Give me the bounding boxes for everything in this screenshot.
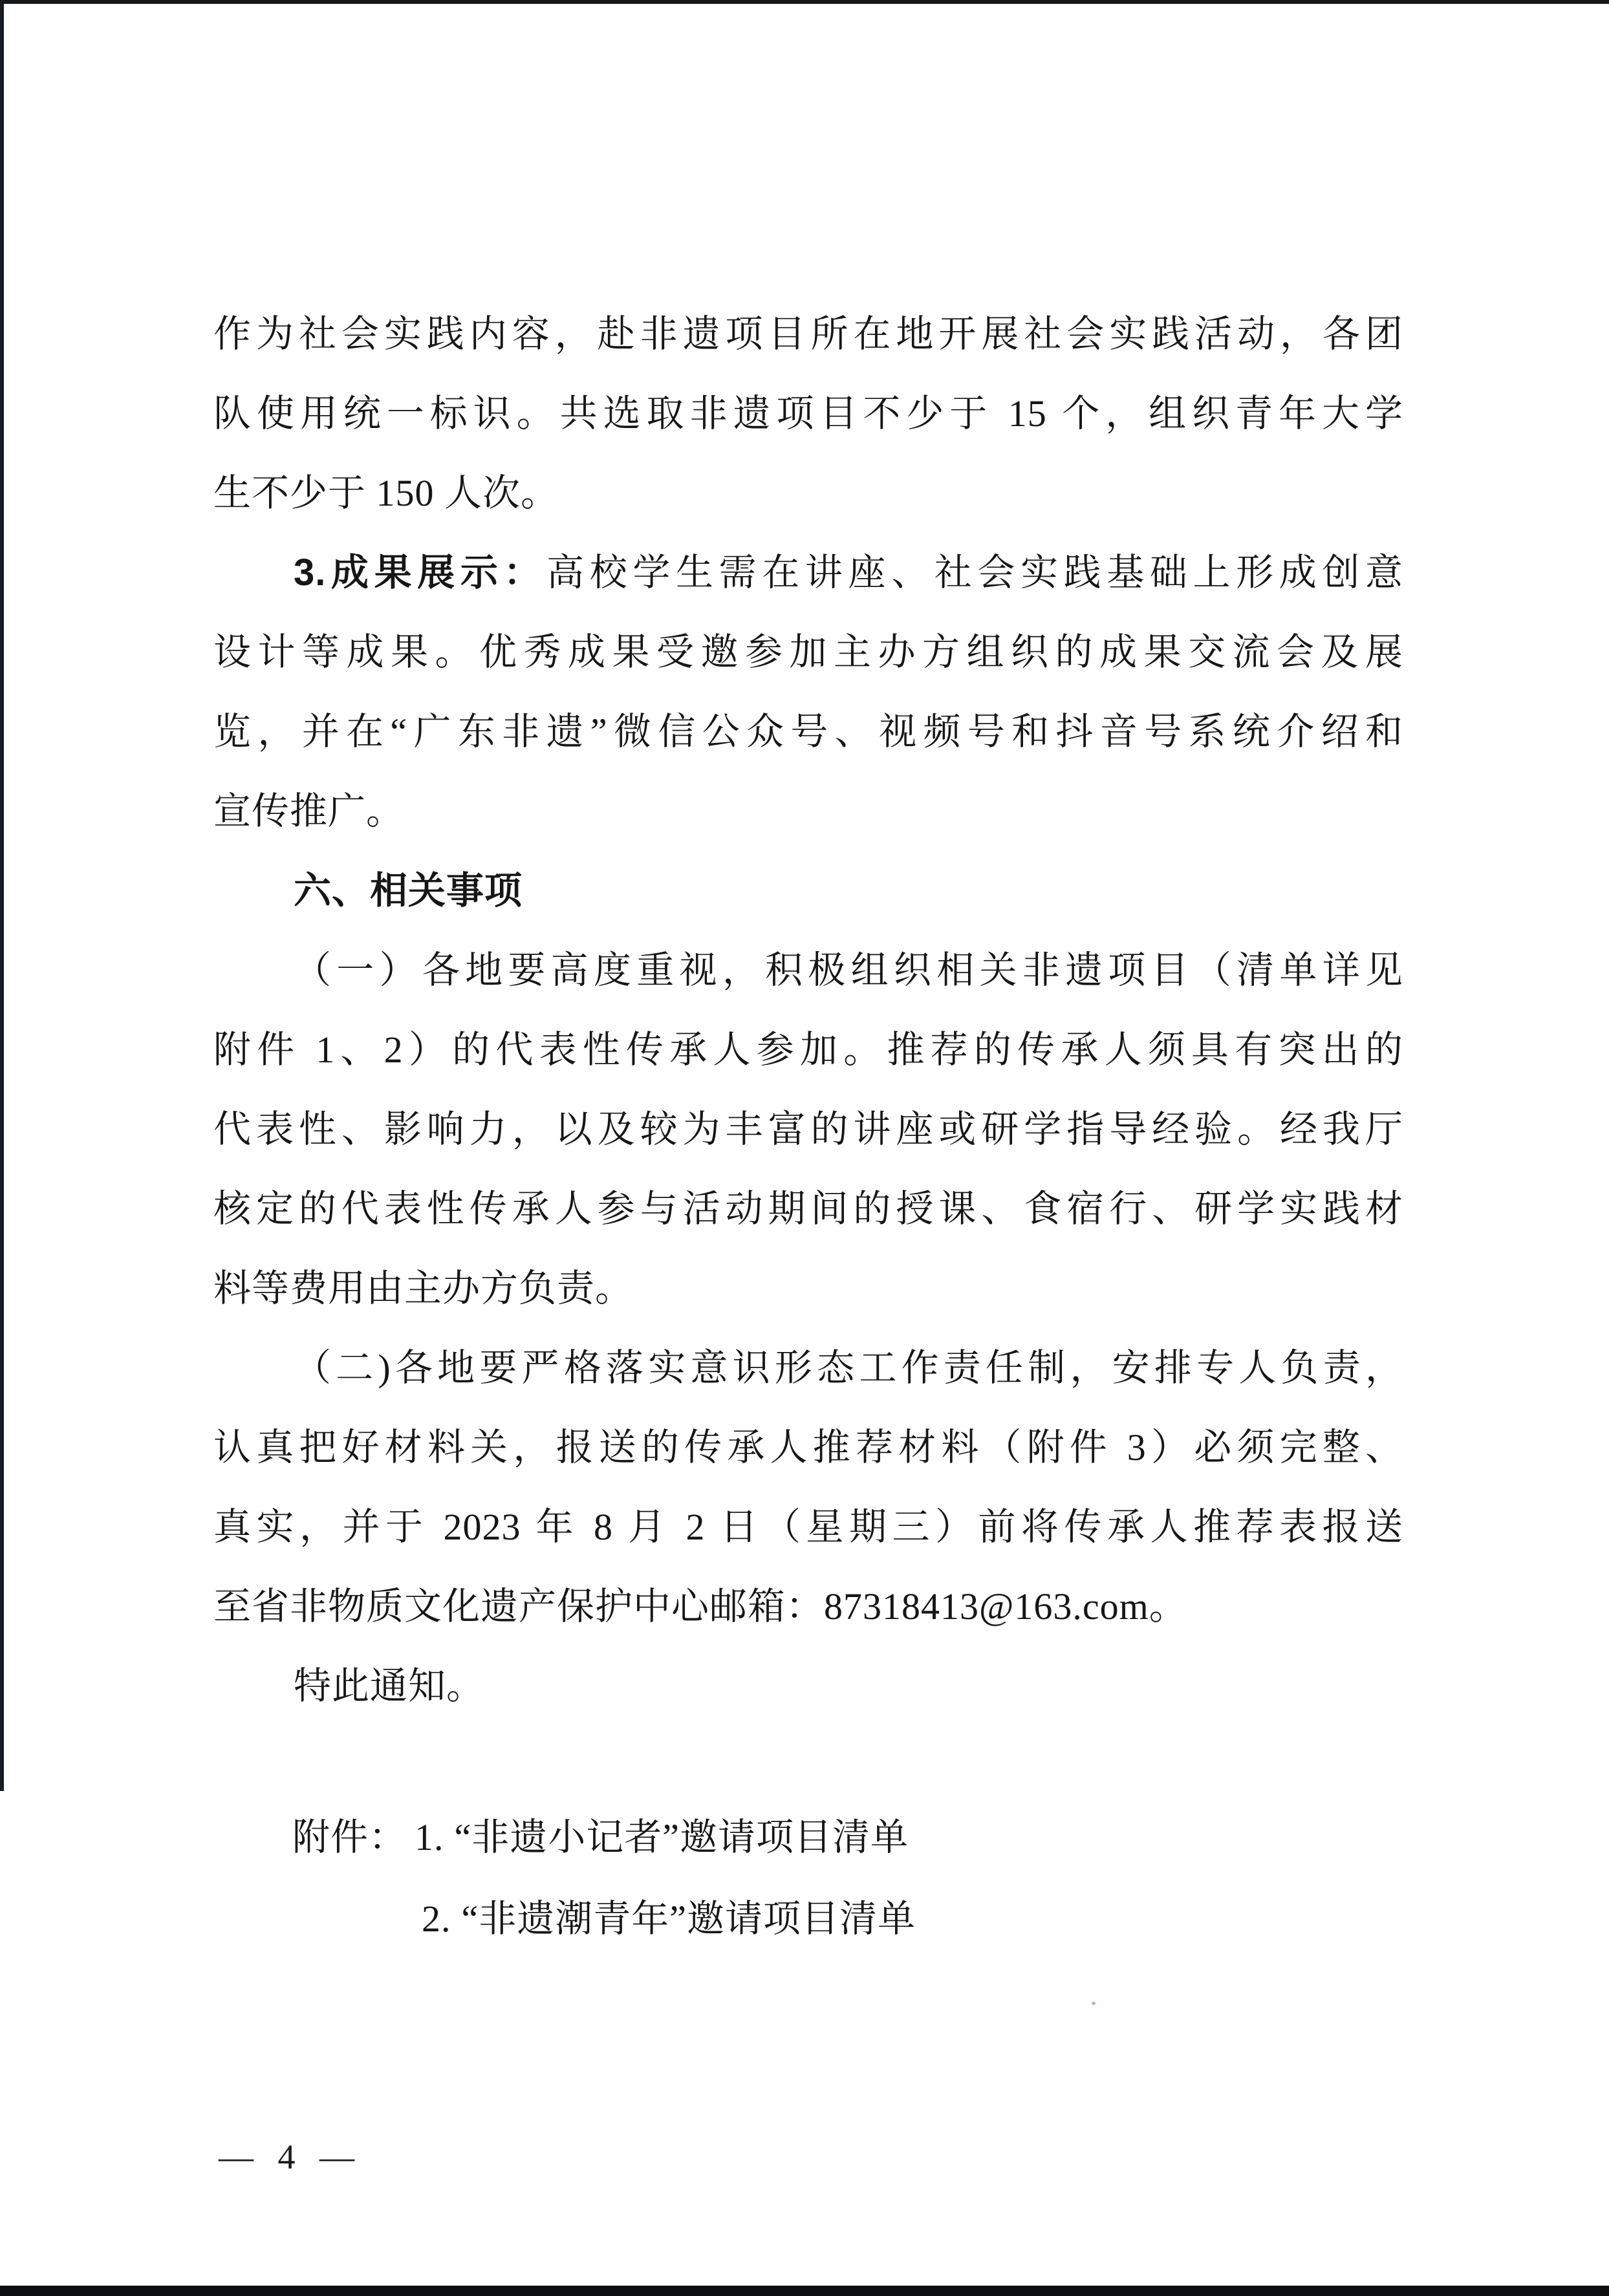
doc-line-7: 宣传推广。: [213, 788, 1403, 835]
doc-line-14: （二)各地要严格落实意识形态工作责任制，安排专人负责，: [213, 1345, 1403, 1391]
doc-line-3: 生不少于 150 人次。: [213, 470, 1403, 517]
doc-line-13: 料等费用由主办方负责。: [213, 1265, 1403, 1312]
doc-line-6: 览，并在“广东非遗”微信公众号、视频号和抖音号系统介绍和: [213, 709, 1403, 755]
attachment-line-2: 2.“非遗潮青年”邀请项目清单: [422, 1896, 916, 1942]
doc-line-15: 认真把好材料关，报送的传承人推荐材料（附件 3）必须完整、: [213, 1424, 1403, 1471]
attachments-label: 附件：: [292, 1816, 407, 1858]
doc-line-12: 核定的代表性传承人参与活动期间的授课、食宿行、研学实践材: [213, 1186, 1403, 1232]
scan-edge-top: [0, 0, 1609, 4]
scanned-document-page: 作为社会实践内容，赴非遗项目所在地开展社会实践活动，各团队使用统一标识。共选取非…: [0, 0, 1609, 2296]
doc-line-4: 3.成果展示：高校学生需在讲座、社会实践基础上形成创意: [213, 550, 1403, 596]
doc-line-5: 设计等成果。优秀成果受邀参加主办方组织的成果交流会及展: [213, 629, 1403, 676]
scan-artifact-dot: [1092, 2002, 1096, 2005]
doc-line-1: 作为社会实践内容，赴非遗项目所在地开展社会实践活动，各团: [213, 311, 1403, 358]
doc-line-17: 至省非物质文化遗产保护中心邮箱：87318413@163.com。: [213, 1583, 1403, 1630]
text-run: 高校学生需在讲座、社会实践基础上形成创意: [546, 552, 1403, 594]
doc-line-11: 代表性、影响力，以及较为丰富的讲座或研学指导经验。经我厅: [213, 1106, 1403, 1153]
attachment-1-title: “非遗小记者”邀请项目清单: [455, 1816, 909, 1858]
bold-text-run: 3.成果展示：: [294, 552, 546, 594]
page-number: — 4 —: [219, 2138, 357, 2176]
attachment-2-title: “非遗潮青年”邀请项目清单: [462, 1898, 916, 1940]
scan-edge-bottom: [0, 2286, 1609, 2296]
doc-line-2: 队使用统一标识。共选取非遗项目不少于 15 个，组织青年大学: [213, 391, 1403, 437]
doc-line-10: 附件 1、2）的代表性传承人参加。推荐的传承人须具有突出的: [213, 1027, 1403, 1073]
doc-line-9: （一）各地要高度重视，积极组织相关非遗项目（清单详见: [213, 947, 1403, 994]
attachment-1-number: 1.: [415, 1816, 444, 1858]
doc-line-18: 特此通知。: [213, 1663, 1403, 1710]
scan-edge-left: [0, 0, 4, 1791]
attachment-line-1: 附件：1.“非遗小记者”邀请项目清单: [292, 1814, 909, 1861]
doc-line-8: 六、相关事项: [213, 868, 1403, 914]
bold-text-run: 六、相关事项: [294, 870, 523, 912]
attachment-2-number: 2.: [422, 1898, 451, 1940]
doc-line-16: 真实，并于 2023 年 8 月 2 日（星期三）前将传承人推荐表报送: [213, 1504, 1403, 1550]
